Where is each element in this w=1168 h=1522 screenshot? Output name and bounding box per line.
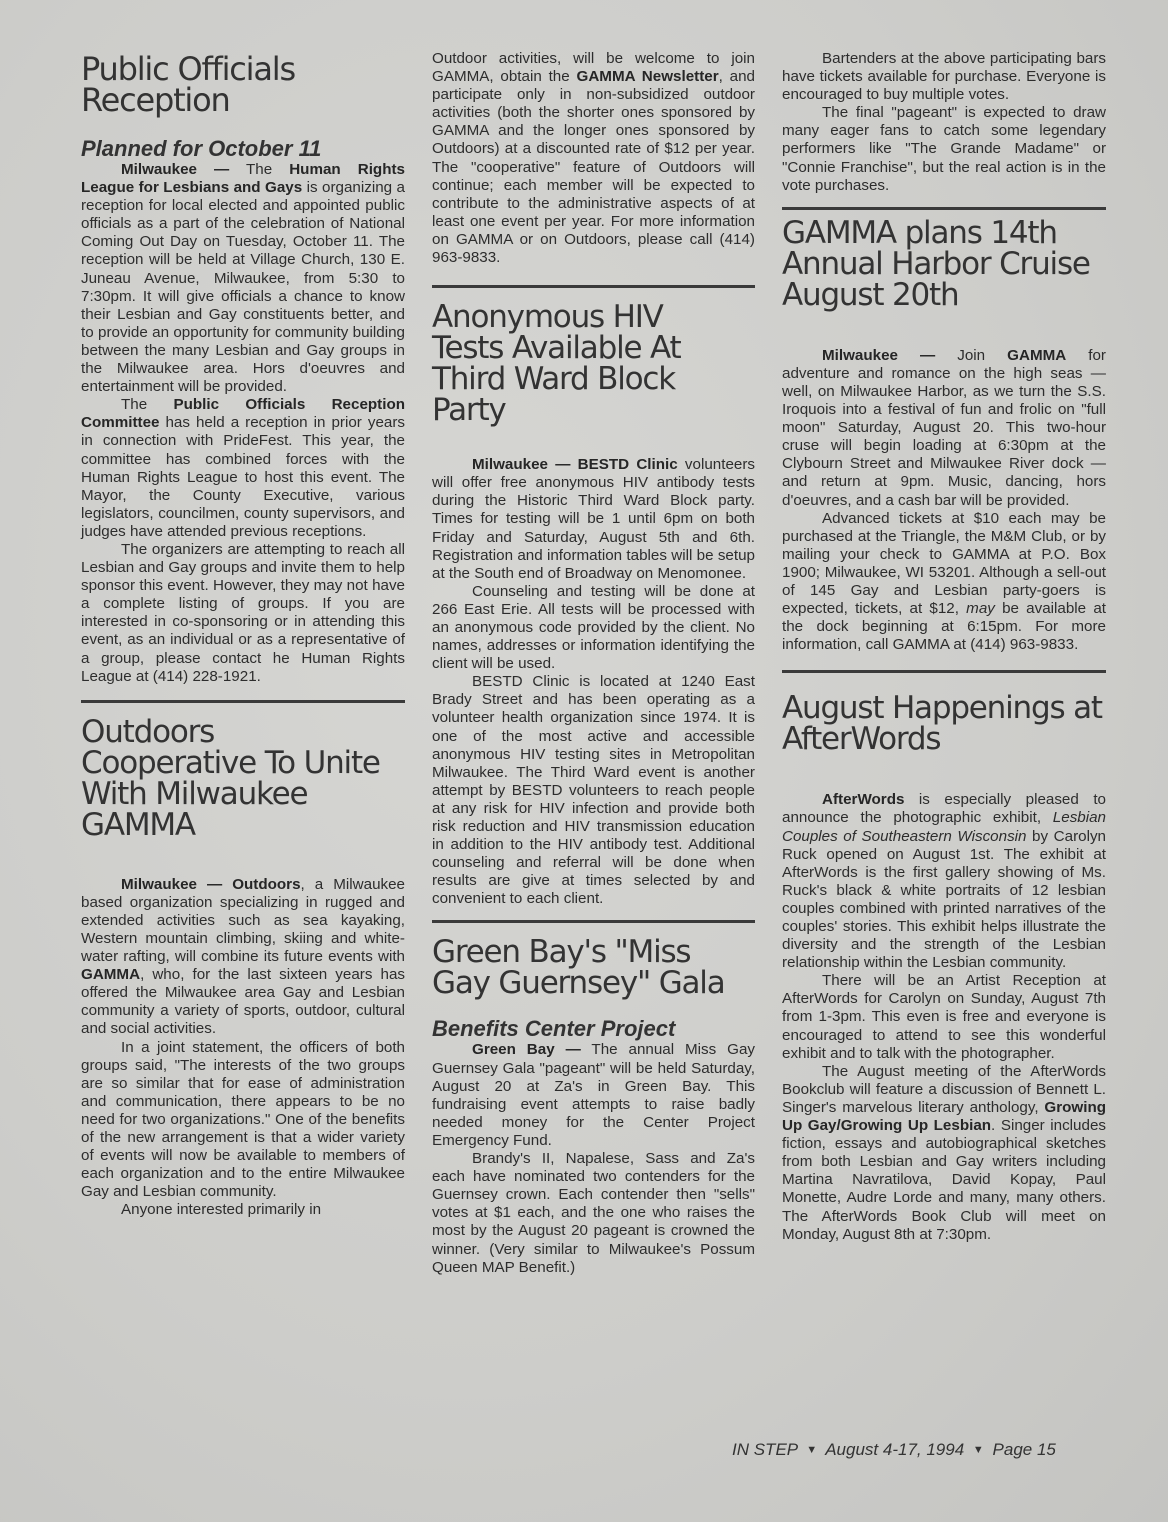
paragraph-continued: Bartenders at the above participating ba… bbox=[782, 50, 1106, 104]
paragraph: The final "pageant" is expected to draw … bbox=[782, 104, 1106, 194]
body-text: The bbox=[229, 161, 289, 178]
emphasis: may bbox=[966, 600, 995, 617]
headline-line: Reception bbox=[81, 81, 230, 119]
paragraph: BESTD Clinic is located at 1240 East Bra… bbox=[432, 673, 755, 908]
dateline: Milwaukee — bbox=[121, 161, 229, 178]
paragraph: Milwaukee — BESTD Clinic volunteers will… bbox=[432, 456, 755, 583]
headline: GAMMA plans 14th Annual Harbor Cruise Au… bbox=[782, 218, 1106, 311]
section-divider bbox=[782, 207, 1106, 210]
paragraph: There will be an Artist Reception at Aft… bbox=[782, 972, 1106, 1062]
headline: August Happenings at AfterWords bbox=[782, 693, 1106, 755]
body-text: has held a reception in prior years in c… bbox=[81, 414, 405, 540]
headline-line: GAMMA bbox=[81, 807, 195, 843]
org-name: GAMMA bbox=[1007, 347, 1066, 364]
headline-line: Party bbox=[432, 392, 506, 428]
body-text: is organizing a reception for local elec… bbox=[81, 179, 405, 395]
paragraph: Milwaukee — Join GAMMA for adventure and… bbox=[782, 347, 1106, 510]
body-text: The bbox=[121, 396, 173, 413]
body-text: for adventure and romance on the high se… bbox=[782, 347, 1106, 509]
dateline: Green Bay — bbox=[472, 1041, 581, 1058]
publication-name: IN STEP bbox=[732, 1440, 798, 1459]
section-divider bbox=[432, 285, 755, 288]
section-divider bbox=[81, 700, 405, 703]
page-footer: IN STEP ▼ August 4-17, 1994 ▼ Page 15 bbox=[732, 1440, 1056, 1460]
article-green-bay: Green Bay's "Miss Gay Guernsey" Gala Ben… bbox=[432, 937, 755, 1276]
headline: Public Officials Reception bbox=[81, 54, 405, 116]
headline-line: AfterWords bbox=[782, 721, 940, 757]
dateline: Milwaukee — BESTD Clinic bbox=[472, 456, 678, 473]
column-1: Public Officials Reception Planned for O… bbox=[81, 50, 405, 1220]
paragraph: The August meeting of the AfterWords Boo… bbox=[782, 1063, 1106, 1244]
triangle-separator-icon: ▼ bbox=[973, 1444, 984, 1456]
headline: Green Bay's "Miss Gay Guernsey" Gala bbox=[432, 937, 755, 999]
paragraph: Brandy's II, Napalese, Sass and Za's eac… bbox=[432, 1150, 755, 1277]
paragraph: Counseling and testing will be done at 2… bbox=[432, 583, 755, 673]
newspaper-page: Public Officials Reception Planned for O… bbox=[0, 0, 1168, 1522]
paragraph: AfterWords is especially pleased to anno… bbox=[782, 791, 1106, 972]
paragraph: Milwaukee — Outdoors, a Milwaukee based … bbox=[81, 876, 405, 1039]
subhead: Planned for October 11 bbox=[81, 137, 405, 161]
article-afterwords: August Happenings at AfterWords AfterWor… bbox=[782, 693, 1106, 1243]
dateline: Milwaukee — Outdoors bbox=[121, 876, 301, 893]
page-number: Page 15 bbox=[993, 1440, 1056, 1459]
paragraph-continued: Outdoor activities, will be welcome to j… bbox=[432, 50, 755, 267]
body-text: by Carolyn Ruck opened on August 1st. Th… bbox=[782, 828, 1106, 972]
newsletter-name: GAMMA Newsletter bbox=[577, 68, 719, 85]
paragraph: Anyone interested primarily in bbox=[81, 1201, 405, 1219]
dateline: Milwaukee — bbox=[822, 347, 935, 364]
column-2: Outdoor activities, will be welcome to j… bbox=[432, 50, 755, 1277]
section-divider bbox=[782, 670, 1106, 673]
paragraph: Advanced tickets at $10 each may be purc… bbox=[782, 510, 1106, 655]
paragraph: Green Bay — The annual Miss Gay Guernsey… bbox=[432, 1041, 755, 1150]
body-text: Join bbox=[935, 347, 1007, 364]
issue-date: August 4-17, 1994 bbox=[825, 1440, 964, 1459]
paragraph: Milwaukee — The Human Rights League for … bbox=[81, 161, 405, 396]
paragraph: In a joint statement, the officers of bo… bbox=[81, 1039, 405, 1202]
paragraph: The Public Officials Reception Committee… bbox=[81, 396, 405, 541]
section-divider bbox=[432, 920, 755, 923]
body-text: volunteers will offer free anonymous HIV… bbox=[432, 456, 755, 582]
body-text: . Singer includes fiction, essays and au… bbox=[782, 1117, 1106, 1243]
article-public-officials: Public Officials Reception Planned for O… bbox=[81, 54, 405, 686]
paragraph: The organizers are attempting to reach a… bbox=[81, 541, 405, 686]
headline-line: Gay Guernsey" Gala bbox=[432, 965, 725, 1001]
article-outdoors: Outdoors Cooperative To Unite With Milwa… bbox=[81, 717, 405, 1220]
headline: Anonymous HIV Tests Available At Third W… bbox=[432, 302, 755, 426]
triangle-separator-icon: ▼ bbox=[806, 1444, 817, 1456]
column-3: Bartenders at the above participating ba… bbox=[782, 50, 1106, 1244]
article-harbor-cruise: GAMMA plans 14th Annual Harbor Cruise Au… bbox=[782, 218, 1106, 655]
headline-line: August 20th bbox=[782, 277, 958, 313]
subhead: Benefits Center Project bbox=[432, 1017, 755, 1041]
article-hiv-tests: Anonymous HIV Tests Available At Third W… bbox=[432, 302, 755, 908]
body-text: , and participate only in non-subsidized… bbox=[432, 68, 755, 266]
org-name: GAMMA bbox=[81, 966, 140, 983]
org-name: AfterWords bbox=[822, 791, 904, 808]
headline: Outdoors Cooperative To Unite With Milwa… bbox=[81, 717, 405, 841]
